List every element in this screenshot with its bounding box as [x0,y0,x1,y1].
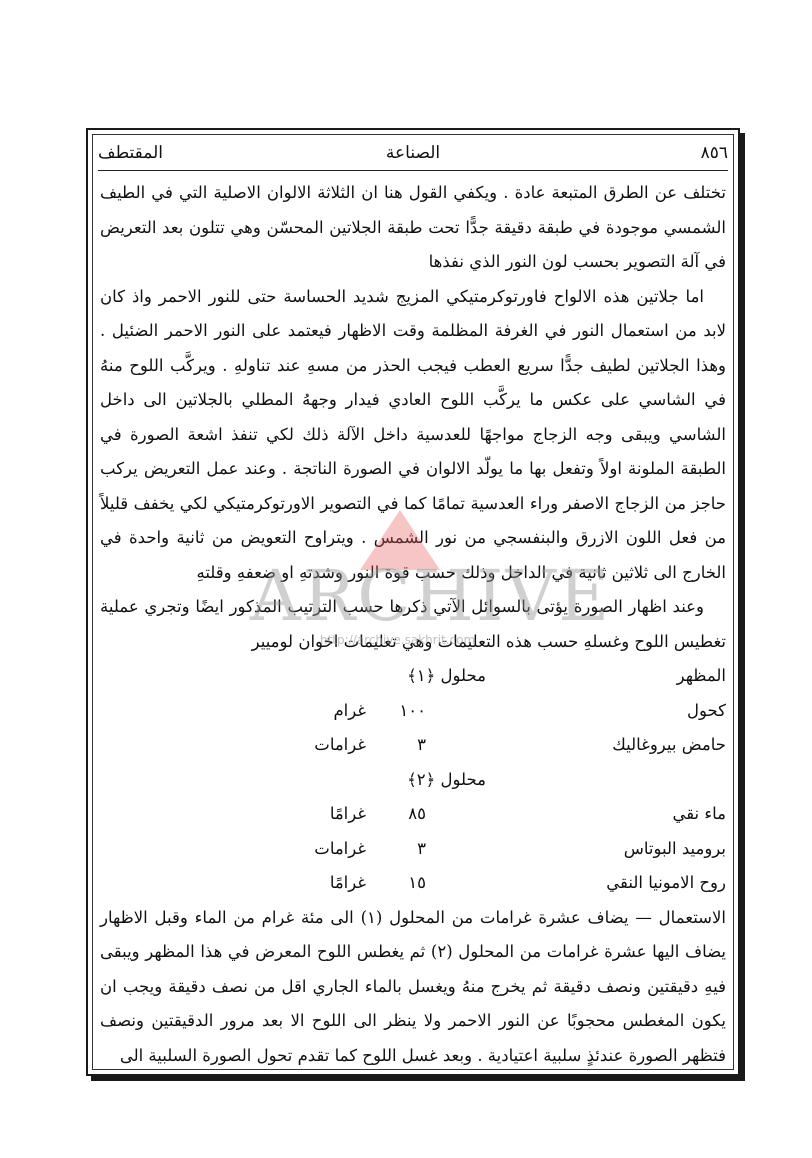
ingredient-name: روح الامونيا النقي [606,866,726,901]
ingredient-unit: غرامًا [330,866,366,901]
solution-1-heading: محلول ﴿١﴾ [407,659,486,694]
paragraph: وعند اظهار الصورة يؤتى بالسوائل الآتي ذك… [100,590,726,659]
ingredient-unit: غرامًا [330,797,366,832]
ingredient-name: كحول [687,694,726,729]
solution-2-heading: محلول ﴿٢﴾ [407,763,486,798]
recipe-row: بروميد البوتاس ٣ غرامات [100,832,726,867]
ingredient-unit: غرام [333,694,366,729]
section-title: الصناعة [98,143,728,163]
paragraph: تختلف عن الطرق المتبعة عادة . ويكفي القو… [100,176,726,280]
ingredient-qty: ١٠٠ [386,694,426,729]
page-frame: المقتطف الصناعة ٨٥٦ تختلف عن الطرق المتب… [86,128,740,1076]
recipe-row: ماء نقي ٨٥ غرامًا [100,797,726,832]
article-body: تختلف عن الطرق المتبعة عادة . ويكفي القو… [100,176,726,1073]
ingredient-qty: ٣ [386,728,426,763]
recipe-row: كحول ١٠٠ غرام [100,694,726,729]
ingredient-name: بروميد البوتاس [624,832,726,867]
recipe-row: حامض بيروغاليك ٣ غرامات [100,728,726,763]
ingredient-qty: ٨٥ [386,797,426,832]
recipe-row: روح الامونيا النقي ١٥ غرامًا [100,866,726,901]
header-rule [98,170,728,171]
recipe-header-row: المظهر محلول ﴿١﴾ [100,659,726,694]
running-head: المقتطف الصناعة ٨٥٦ [98,138,728,168]
archive-logo-icon [360,510,440,570]
ingredient-name: حامض بيروغاليك [612,728,726,763]
ingredient-qty: ١٥ [386,866,426,901]
ingredient-qty: ٣ [386,832,426,867]
ingredient-name: ماء نقي [672,797,726,832]
developer-label: المظهر [677,659,726,694]
recipe-header-row: محلول ﴿٢﴾ [100,763,726,798]
ingredient-unit: غرامات [314,728,366,763]
archive-watermark-url: http://archive.sakhrit.com [320,633,475,647]
usage-paragraph: الاستعمال — يضاف عشرة غرامات من المحلول … [100,901,726,1074]
ingredient-unit: غرامات [314,832,366,867]
